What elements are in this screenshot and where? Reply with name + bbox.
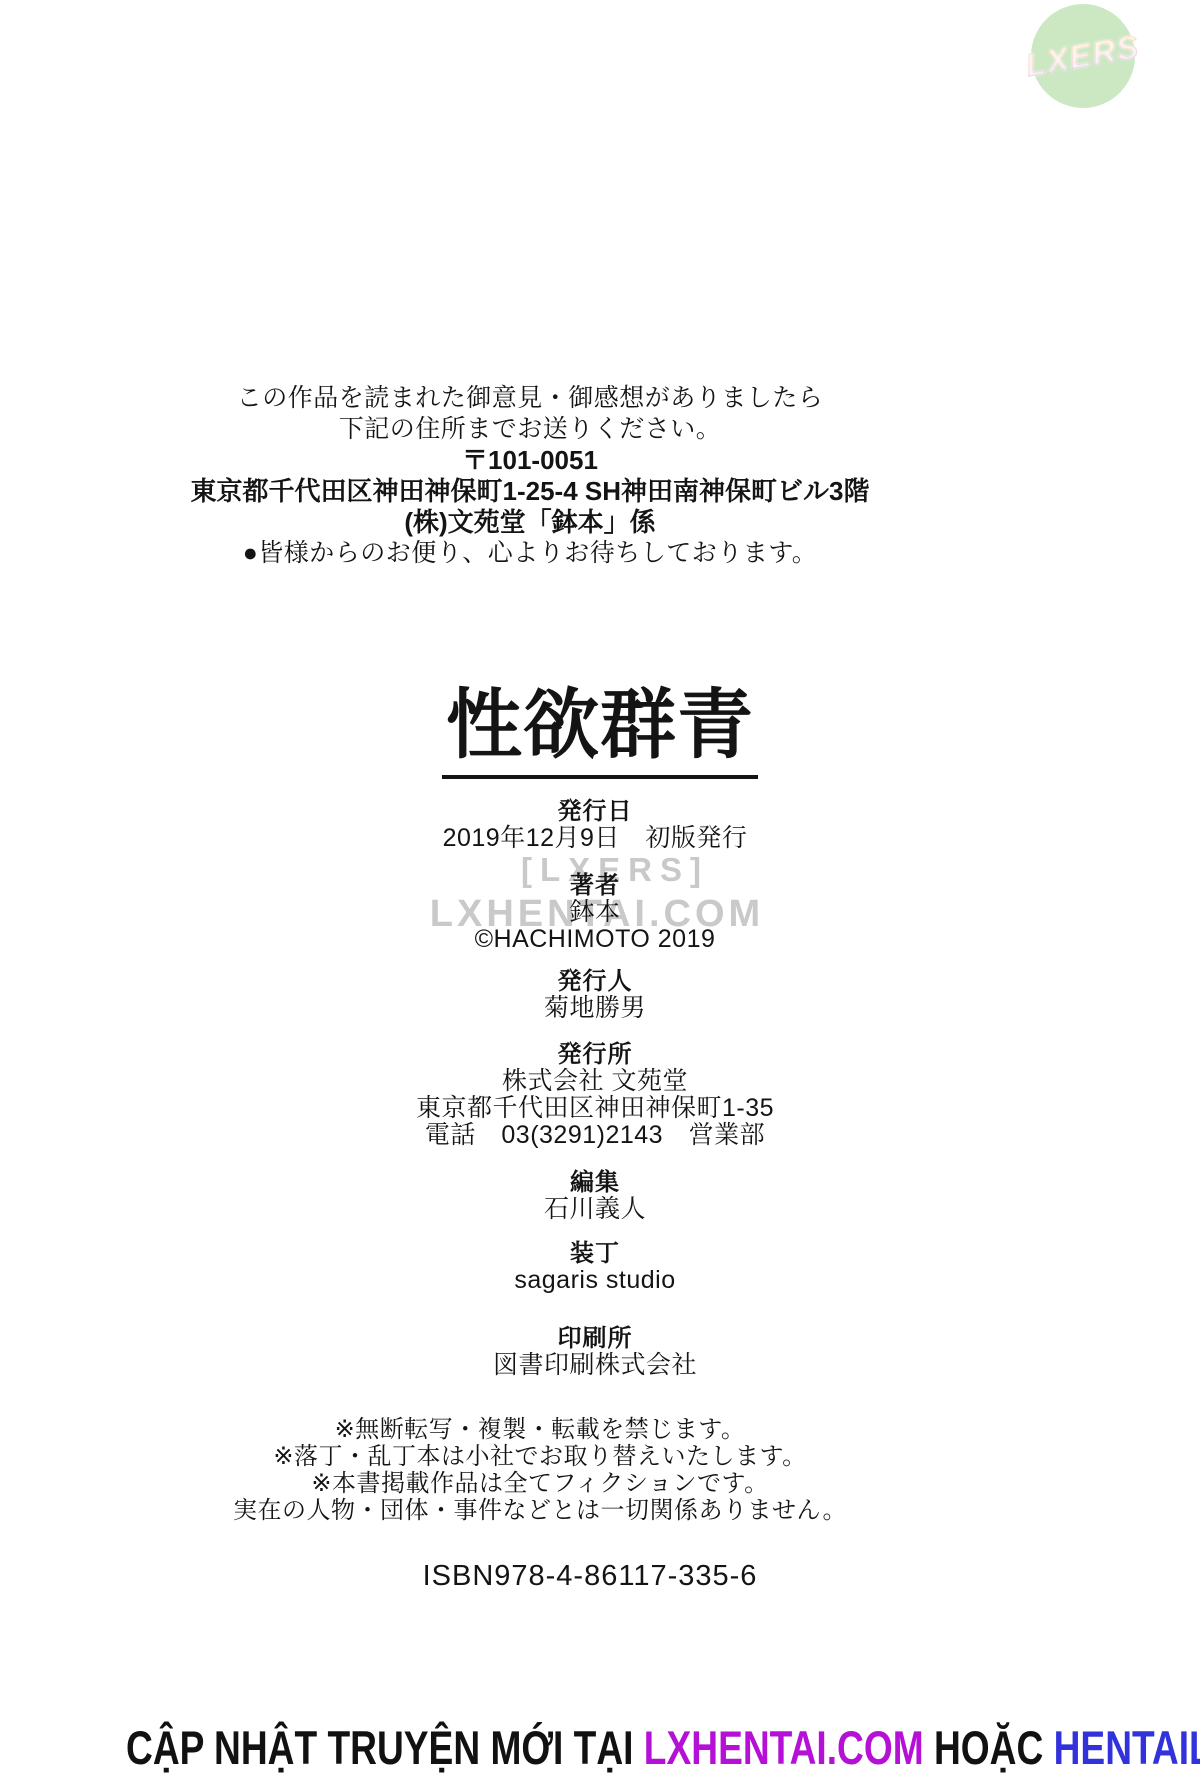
reader-feedback-block: この作品を読まれた御意見・御感想がありましたら下記の住所までお送りください。〒1…: [0, 383, 1060, 569]
colophon-section: 印刷所図書印刷株式会社: [0, 1325, 1190, 1379]
colophon-line: 東京都千代田区神田神保町1-35: [0, 1095, 1190, 1122]
feedback-line: 下記の住所までお送りください。: [0, 414, 1060, 445]
colophon-line: 菊地勝男: [0, 995, 1190, 1022]
colophon-section: 編集石川義人: [0, 1169, 1190, 1223]
feedback-line: 〒101-0051: [0, 445, 1060, 476]
feedback-line: ●皆様からのお便り、心よりお待ちしております。: [0, 538, 1060, 569]
disclaimer-line: ※落丁・乱丁本は小社でお取り替えいたします。: [0, 1443, 1080, 1470]
colophon-block: 発行日2019年12月9日 初版発行著者鉢本©HACHIMOTO 2019発行人…: [0, 798, 1190, 1379]
colophon-line: 2019年12月9日 初版発行: [0, 825, 1190, 852]
colophon-line: 図書印刷株式会社: [0, 1352, 1190, 1379]
colophon-heading: 装丁: [0, 1240, 1190, 1267]
promo-text-prefix: CẬP NHẬT TRUYỆN MỚI TẠI: [126, 1721, 644, 1774]
promo-site-hentailxx: HENTAILXX. COM: [1054, 1721, 1200, 1774]
colophon-line: 鉢本: [0, 899, 1190, 926]
disclaimer-line: ※本書掲載作品は全てフィクションです。: [0, 1470, 1080, 1497]
colophon-heading: 発行所: [0, 1041, 1190, 1068]
colophon-heading: 編集: [0, 1169, 1190, 1196]
disclaimer-block: ※無断転写・複製・転載を禁じます。※落丁・乱丁本は小社でお取り替えいたします。※…: [0, 1416, 1080, 1524]
colophon-section: 発行人菊地勝男: [0, 968, 1190, 1022]
book-title: 性欲群青: [442, 684, 758, 779]
colophon-line: 電話 03(3291)2143 営業部: [0, 1122, 1190, 1149]
colophon-section: 装丁sagaris studio: [0, 1240, 1190, 1294]
colophon-heading: 発行日: [0, 798, 1190, 825]
colophon-heading: 印刷所: [0, 1325, 1190, 1352]
lxers-logo-text: LXERS: [1023, 27, 1143, 84]
colophon-section: 著者鉢本©HACHIMOTO 2019: [0, 872, 1190, 953]
lxers-logo: LXERS: [1031, 4, 1135, 108]
colophon-line: ©HACHIMOTO 2019: [0, 926, 1190, 953]
colophon-heading: 著者: [0, 872, 1190, 899]
colophon-line: 株式会社 文苑堂: [0, 1068, 1190, 1095]
disclaimer-line: ※無断転写・複製・転載を禁じます。: [0, 1416, 1080, 1443]
feedback-line: 東京都千代田区神田神保町1-25-4 SH神田南神保町ビル3階: [0, 476, 1060, 507]
promo-text-middle: HOẶC: [924, 1721, 1054, 1774]
colophon-heading: 発行人: [0, 968, 1190, 995]
colophon-line: sagaris studio: [0, 1267, 1190, 1294]
title-block: 性欲群青: [0, 684, 1200, 779]
colophon-section: 発行日2019年12月9日 初版発行: [0, 798, 1190, 852]
promo-site-lxhentai: LXHENTAI.COM: [644, 1721, 924, 1774]
feedback-line: この作品を読まれた御意見・御感想がありましたら: [0, 383, 1060, 414]
disclaimer-line: 実在の人物・団体・事件などとは一切関係ありません。: [0, 1497, 1080, 1524]
isbn-number: ISBN978-4-86117-335-6: [0, 1560, 1180, 1593]
feedback-line: (株)文苑堂「鉢本」係: [0, 507, 1060, 538]
colophon-section: 発行所株式会社 文苑堂東京都千代田区神田神保町1-35電話 03(3291)21…: [0, 1041, 1190, 1149]
colophon-line: 石川義人: [0, 1196, 1190, 1223]
promo-banner: CẬP NHẬT TRUYỆN MỚI TẠI LXHENTAI.COM HOẶ…: [126, 1724, 1074, 1772]
